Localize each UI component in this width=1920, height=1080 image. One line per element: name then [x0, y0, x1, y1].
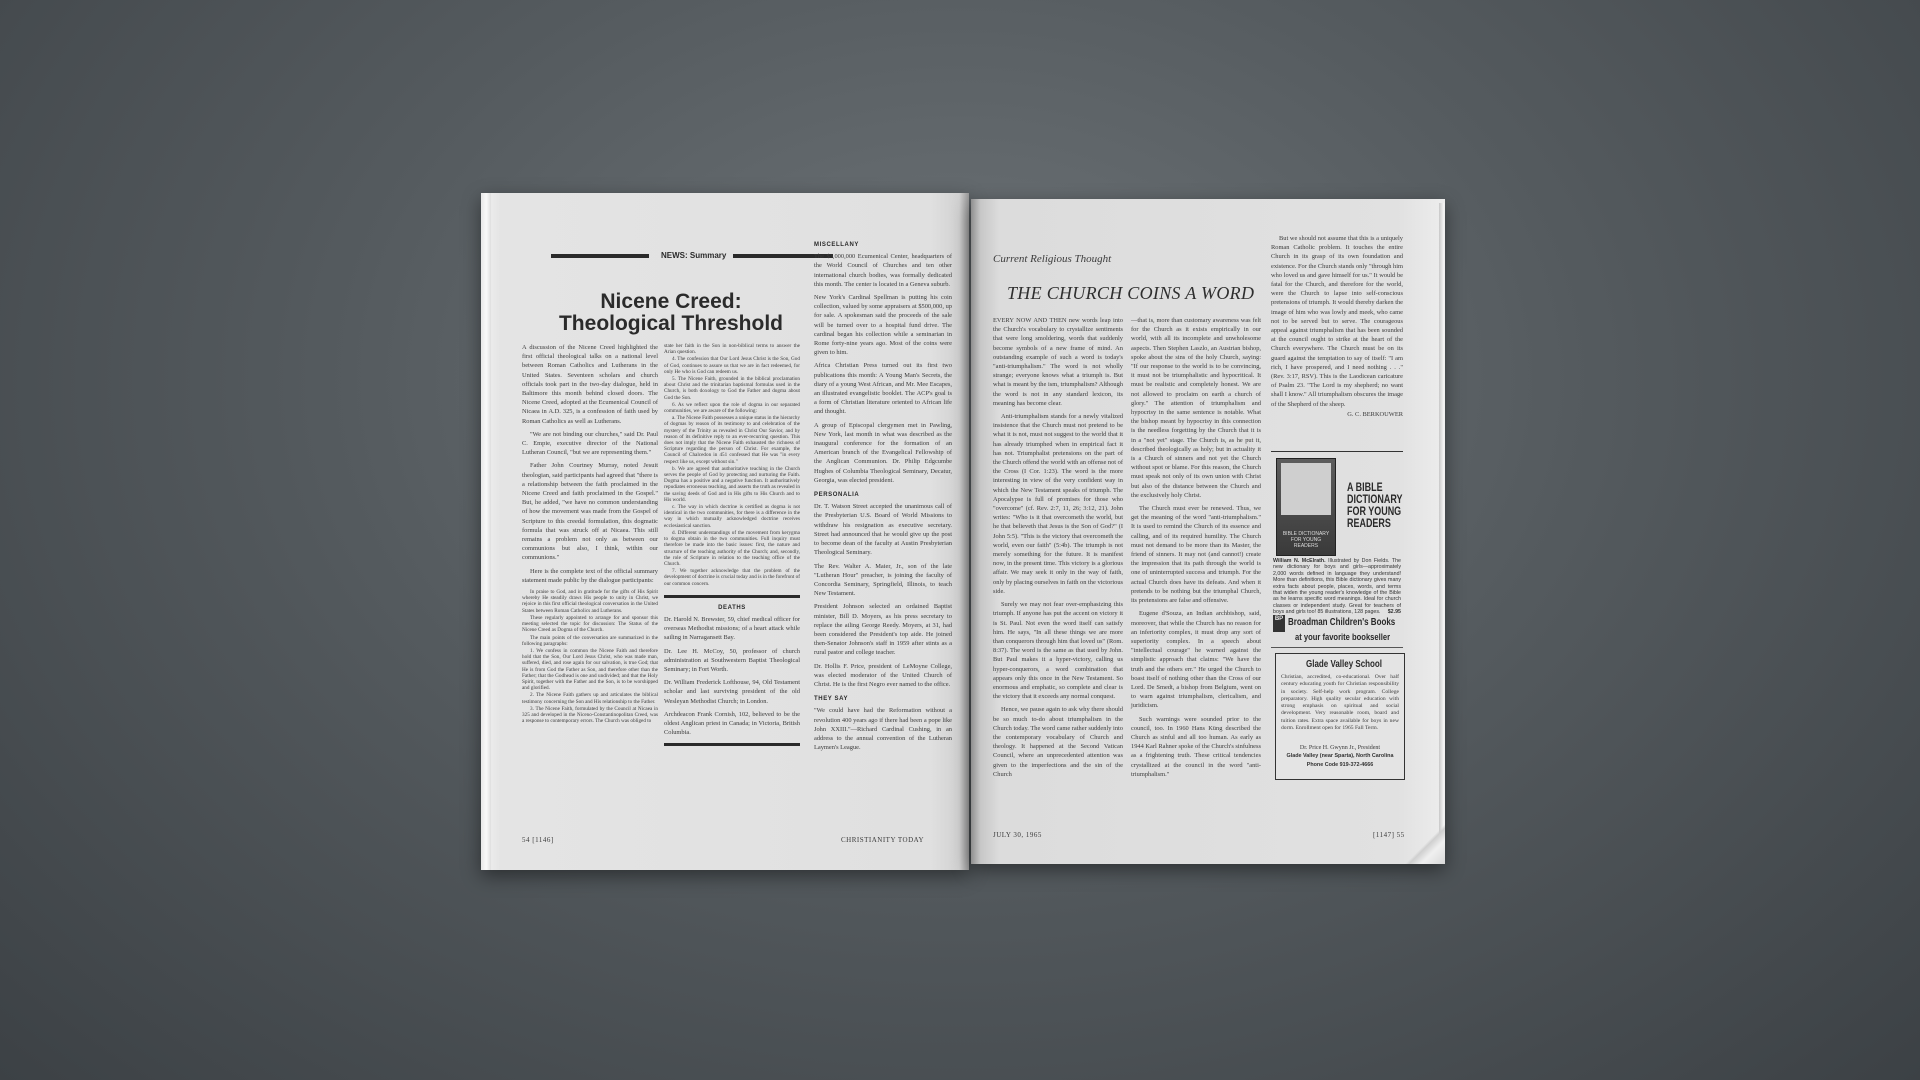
school-phone: Phone Code 919-372-4666	[1281, 762, 1399, 768]
broadman-logo-icon: BP	[1273, 615, 1285, 632]
obituary-item: Dr. Harold N. Brewster, 59, chief medica…	[664, 615, 800, 643]
statement-paragraph: 6. As we reflect upon the role of dogma …	[664, 402, 800, 414]
news-item: Dr. T. Watson Street accepted the unanim…	[814, 502, 952, 557]
paragraph: "We are not binding our churches," said …	[522, 430, 658, 458]
miscellany-heading: MISCELLANY	[814, 241, 952, 250]
paragraph: Here is the complete text of the officia…	[522, 567, 658, 585]
quote-item: "We could have had the Reformation witho…	[814, 706, 952, 752]
ad-publisher: Broadman Children's Books	[1288, 617, 1395, 628]
book-cover-title: BIBLE DICTIONARY FOR YOUNG READERS	[1281, 531, 1331, 549]
school-president: Dr. Price H. Gwynn Jr., President	[1281, 744, 1399, 752]
ad-headline: A BIBLE DICTIONARY FOR YOUNG READERS	[1347, 482, 1402, 530]
issue-date-footer: JULY 30, 1965	[993, 831, 1042, 839]
statement-paragraph: 7. We together acknowledge that the prob…	[664, 568, 800, 587]
news-item: Dr. Hollis F. Price, president of LeMoyn…	[814, 662, 952, 690]
obituary-item: Dr. William Frederick Lofthouse, 94, Old…	[664, 678, 800, 706]
ad-author: William N. McElrath.	[1273, 558, 1326, 564]
personalia-heading: PERSONALIA	[814, 491, 952, 500]
section-divider	[664, 743, 800, 746]
statement-paragraph: 3. The Nicene Faith, formulated by the C…	[522, 706, 658, 725]
statement-paragraph: d. Different understandings of the movem…	[664, 530, 800, 567]
obituary-item: Archdeacon Frank Cornish, 102, believed …	[664, 710, 800, 738]
paragraph: A discussion of the Nicene Creed highlig…	[522, 343, 658, 426]
paragraph: But we should not assume that this is a …	[1271, 234, 1403, 409]
article-column-2: state her faith in the Son in non-biblic…	[664, 343, 800, 746]
deaths-heading: DEATHS	[664, 604, 800, 613]
right-page: Current Religious Thought THE CHURCH COI…	[971, 199, 1445, 864]
page-number-left: 54 [1146]	[522, 836, 554, 844]
page-curl	[1405, 824, 1445, 864]
glade-valley-school-ad[interactable]: Glade Valley School Christian, accredite…	[1275, 653, 1405, 780]
ad-body-text: Illustrated by Don Fields. The new dicti…	[1273, 558, 1401, 615]
ad-price: $2.95	[1388, 609, 1401, 615]
page-edge	[481, 193, 491, 870]
news-item: Africa Christian Press turned out its fi…	[814, 361, 952, 416]
magazine-spread: NEWS: Summary Nicene Creed: Theological …	[481, 193, 1445, 870]
header-rule-left	[551, 254, 649, 258]
section-tag: NEWS: Summary	[661, 251, 726, 260]
school-address: Glade Valley (near Sparta), North Caroli…	[1281, 753, 1399, 759]
page-number-right: [1147] 55	[1373, 831, 1405, 839]
statement-paragraph: 2. The Nicene Faith gathers up and artic…	[522, 692, 658, 704]
paragraph: Anti-triumphalism stands for a newly vit…	[993, 412, 1123, 596]
headline-line-2: Theological Threshold	[551, 313, 791, 335]
they-say-heading: THEY SAY	[814, 695, 952, 704]
school-description: Christian, accredited, co-educational. O…	[1281, 674, 1399, 732]
paragraph: The Church must ever be renewed. Thus, w…	[1131, 504, 1261, 605]
article-title: THE CHURCH COINS A WORD	[1007, 283, 1254, 304]
section-kicker: Current Religious Thought	[993, 253, 1111, 265]
paragraph: Such warnings were sounded prior to the …	[1131, 715, 1261, 779]
ad-tagline: at your favorite bookseller	[1295, 632, 1390, 643]
author-byline: G. C. BERKOUWER	[1271, 410, 1403, 419]
headline-line-1: Nicene Creed:	[551, 291, 791, 313]
statement-paragraph: In praise to God, and in gratitude for t…	[522, 589, 658, 614]
paragraph: EVERY NOW AND THEN new words leap into t…	[993, 316, 1123, 408]
news-item: A group of Episcopal clergymen met in Pa…	[814, 421, 952, 485]
school-name: Glade Valley School	[1306, 659, 1382, 670]
obituary-item: Dr. Lee H. McCoy, 50, professor of churc…	[664, 647, 800, 675]
statement-paragraph: state her faith in the Son in non-biblic…	[664, 343, 800, 355]
news-item: The Rev. Walter A. Maier, Jr., son of th…	[814, 562, 952, 599]
paragraph: Father John Courtney Murray, noted Jesui…	[522, 461, 658, 562]
bible-dictionary-ad[interactable]: BIBLE DICTIONARY FOR YOUNG READERS A BIB…	[1271, 451, 1403, 612]
statement-paragraph: 5. The Nicene Faith, grounded in the bib…	[664, 376, 800, 401]
page-edge	[1439, 203, 1445, 864]
article-column-1: A discussion of the Nicene Creed highlig…	[522, 343, 658, 725]
paragraph: —that is, more than customary awareness …	[1131, 316, 1261, 500]
statement-paragraph: c. The way in which doctrine is certifie…	[664, 504, 800, 529]
section-divider	[664, 595, 800, 598]
statement-paragraph: The main points of the conversation are …	[522, 635, 658, 647]
book-cover-image: BIBLE DICTIONARY FOR YOUNG READERS	[1276, 458, 1336, 556]
article-column-1: EVERY NOW AND THEN new words leap into t…	[993, 316, 1123, 783]
news-item: The $3,000,000 Ecumenical Center, headqu…	[814, 252, 952, 289]
ad-divider	[1271, 647, 1403, 648]
statement-paragraph: a. The Nicene Faith possesses a unique s…	[664, 415, 800, 465]
magazine-name-footer: CHRISTIANITY TODAY	[841, 836, 924, 844]
news-item: President Johnson selected an ordained B…	[814, 602, 952, 657]
statement-paragraph: 1. We confess in common the Nicene Faith…	[522, 648, 658, 691]
news-item: New York's Cardinal Spellman is putting …	[814, 293, 952, 357]
article-column-3: But we should not assume that this is a …	[1271, 234, 1403, 419]
ad-description: William N. McElrath. Illustrated by Don …	[1273, 558, 1401, 616]
article-column-2: —that is, more than customary awareness …	[1131, 316, 1261, 783]
article-headline: Nicene Creed: Theological Threshold	[551, 291, 791, 335]
statement-text: In praise to God, and in gratitude for t…	[522, 589, 658, 724]
news-column-3: MISCELLANY The $3,000,000 Ecumenical Cen…	[814, 241, 952, 756]
statement-paragraph: b. We are agreed that authoritative teac…	[664, 466, 800, 503]
statement-paragraph: 4. The confession that Our Lord Jesus Ch…	[664, 356, 800, 375]
statement-paragraph: These regularly appointed to arrange for…	[522, 615, 658, 634]
paragraph: Eugene d'Souza, an Indian archbishop, sa…	[1131, 609, 1261, 710]
paragraph: Hence, we pause again to ask why there s…	[993, 705, 1123, 779]
paragraph: Surely we may not fear over-emphasizing …	[993, 600, 1123, 701]
statement-text-continued: state her faith in the Son in non-biblic…	[664, 343, 800, 587]
left-page: NEWS: Summary Nicene Creed: Theological …	[481, 193, 969, 870]
